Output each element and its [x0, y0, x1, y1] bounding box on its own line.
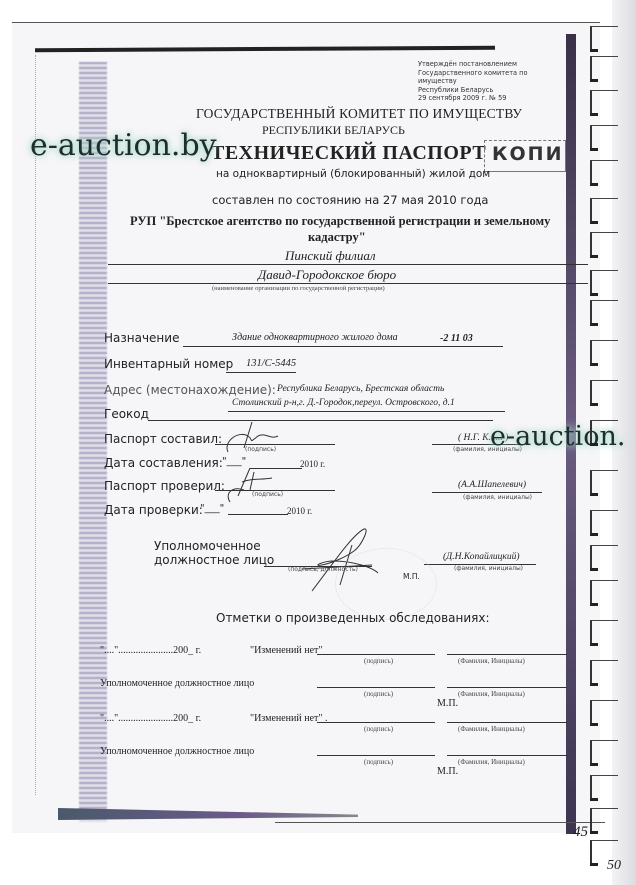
inspection-name-line — [447, 722, 567, 723]
compiled-sign-line — [215, 444, 335, 445]
compiled-date-label: Дата составления: — [104, 456, 223, 470]
page-margin-line — [35, 55, 37, 795]
inspection-status: "Изменений нет" — [250, 645, 322, 656]
binder-bracket-icon — [590, 232, 618, 255]
checked-signature-icon — [222, 466, 282, 506]
inspection-seal: М.П. — [437, 698, 458, 709]
organization-name-line1: РУП "Брестское агентство по государствен… — [130, 214, 550, 229]
inspection-official-sign-line — [317, 687, 435, 688]
purpose-value: Здание одноквартирного жилого дома — [232, 332, 398, 343]
binder-bracket-icon — [590, 90, 618, 113]
organization-branch: Пинский филиал — [285, 248, 376, 264]
branch-underline — [108, 264, 588, 265]
official-label-line2: должностное лицо — [154, 553, 274, 567]
inspection-sign-caption: (подпись) — [364, 725, 393, 733]
geocode-label: Геокод — [104, 407, 149, 421]
approval-line: Республики Беларусь — [418, 86, 528, 95]
committee-name-line2: РЕСПУБЛИКИ БЕЛАРУСЬ — [262, 123, 405, 138]
inspection-official-label: Уполномоченное должностное лицо — [100, 746, 254, 757]
inspection-date: "...."......................200_ г. — [100, 645, 201, 656]
inspection-name-caption: (Фамилия, Инициалы) — [458, 725, 525, 733]
official-name: (Д.Н.Копайлицкий) — [443, 552, 520, 562]
binder-bracket-icon — [590, 510, 618, 533]
address-label: Адрес (местонахождение): — [104, 383, 276, 397]
organization-bureau: Давид-Городокское бюро — [258, 267, 396, 283]
binder-bracket-icon — [590, 545, 618, 568]
inspection-official-name-line — [447, 687, 567, 688]
inspection-sign-line — [317, 722, 435, 723]
geocode-underline — [148, 420, 493, 421]
binder-bracket-icon — [590, 300, 618, 323]
binder-bracket-icon — [590, 270, 618, 293]
binder-bracket-icon — [590, 580, 618, 603]
inspection-sign-line — [317, 654, 435, 655]
inspection-status: "Изменений нет" . — [250, 713, 327, 724]
binder-bracket-icon — [590, 470, 618, 493]
inspection-seal: М.П. — [437, 766, 458, 777]
binder-bracket-icon — [590, 660, 618, 683]
checked-name-caption: (фамилия, инициалы) — [463, 494, 532, 501]
document-title: ТЕХНИЧЕСКИЙ ПАСПОРТ — [211, 142, 486, 165]
binder-bracket-icon — [590, 198, 618, 221]
watermark-main: e-auction.by — [30, 128, 217, 163]
binder-bracket-icon — [590, 740, 618, 763]
binder-bracket-icon — [590, 125, 618, 148]
inspection-official-sign-caption: (подпись) — [364, 758, 393, 766]
inventory-underline — [226, 372, 296, 373]
compiled-date-year: 2010 г. — [300, 459, 325, 469]
checked-date-label: Дата проверки: — [104, 503, 203, 517]
compiled-sign-caption: (подпись) — [245, 446, 276, 453]
inspection-name-line — [447, 654, 567, 655]
binder-bracket-icon — [590, 56, 618, 79]
purpose-code: -2 11 03 — [440, 333, 473, 344]
checked-date-line — [228, 514, 288, 515]
approval-line: Государственного комитета по — [418, 69, 528, 78]
bureau-underline — [108, 283, 588, 284]
official-label-line1: Уполномоченное — [154, 539, 261, 553]
inspection-official-sign-line — [317, 755, 435, 756]
inventory-value: 131/С-5445 — [246, 358, 296, 369]
approval-note: Утверждён постановлением Государственног… — [418, 60, 528, 103]
state-date: составлен по состоянию на 27 мая 2010 го… — [212, 193, 488, 207]
inspection-official-name-caption: (Фамилия, Инициалы) — [458, 758, 525, 766]
compiled-by-label: Паспорт составил: — [104, 432, 222, 446]
inspection-official-name-line — [447, 755, 567, 756]
inspection-sign-caption: (подпись) — [364, 657, 393, 665]
binder-bracket-icon — [590, 620, 618, 643]
organization-name-line2: кадастру" — [308, 230, 366, 245]
inspection-name-caption: (Фамилия, Инициалы) — [458, 657, 525, 665]
checked-date-day: "___" — [200, 503, 224, 514]
binder-bracket-icon — [590, 775, 618, 798]
scan-bottom-line — [275, 822, 605, 823]
address-underline — [228, 411, 505, 412]
inspections-title: Отметки о произведенных обследованиях: — [216, 611, 490, 625]
compiled-signature-icon — [218, 422, 288, 460]
official-name-caption: (фамилия, инициалы) — [454, 565, 523, 572]
inspection-official-label: Уполномоченное должностное лицо — [100, 678, 254, 689]
binder-bracket-icon — [590, 420, 618, 443]
checked-by-label: Паспорт проверил: — [104, 479, 225, 493]
address-line2: Столинский р-н,г. Д.-Городок,переул. Ост… — [232, 398, 455, 408]
binder-bracket-icon — [590, 808, 618, 831]
binder-bracket-icon — [590, 700, 618, 723]
checked-date-year: 2010 г. — [287, 506, 312, 516]
approval-line: имуществу — [418, 77, 528, 86]
binder-bracket-icon — [590, 160, 618, 183]
address-line1: Республика Беларусь, Брестская область — [277, 384, 444, 394]
approval-line: 29 сентября 2009 г. № 59 — [418, 94, 528, 103]
document-subtitle: на одноквартирный (блокированный) жилой … — [216, 168, 490, 180]
scan-binding-stripe — [79, 62, 107, 822]
approval-line: Утверждён постановлением — [418, 60, 528, 69]
purpose-underline — [183, 346, 503, 347]
inspection-official-sign-caption: (подпись) — [364, 690, 393, 698]
binder-bracket-icon — [590, 26, 618, 49]
copy-stamp-text: КОПИ — [492, 143, 564, 165]
checked-name: (А.А.Шапелевич) — [458, 480, 526, 490]
inspection-date: "...."......................200_ г. — [100, 713, 201, 724]
faded-seal-stamp — [335, 548, 437, 620]
binder-bracket-icon — [590, 340, 618, 363]
checked-sign-caption: (подпись) — [252, 491, 283, 498]
committee-name-line1: ГОСУДАРСТВЕННЫЙ КОМИТЕТ ПО ИМУЩЕСТВУ — [196, 106, 522, 122]
inventory-label: Инвентарный номер — [104, 357, 233, 371]
page-number-inner: 45 — [573, 824, 588, 841]
binder-bracket-icon — [590, 380, 618, 403]
purpose-label: Назначение — [104, 331, 179, 345]
checked-name-line — [432, 492, 542, 493]
inspection-official-name-caption: (Фамилия, Инициалы) — [458, 690, 525, 698]
binder-bracket-icon — [590, 840, 618, 863]
organization-caption: (наименование организации по государстве… — [212, 285, 385, 292]
